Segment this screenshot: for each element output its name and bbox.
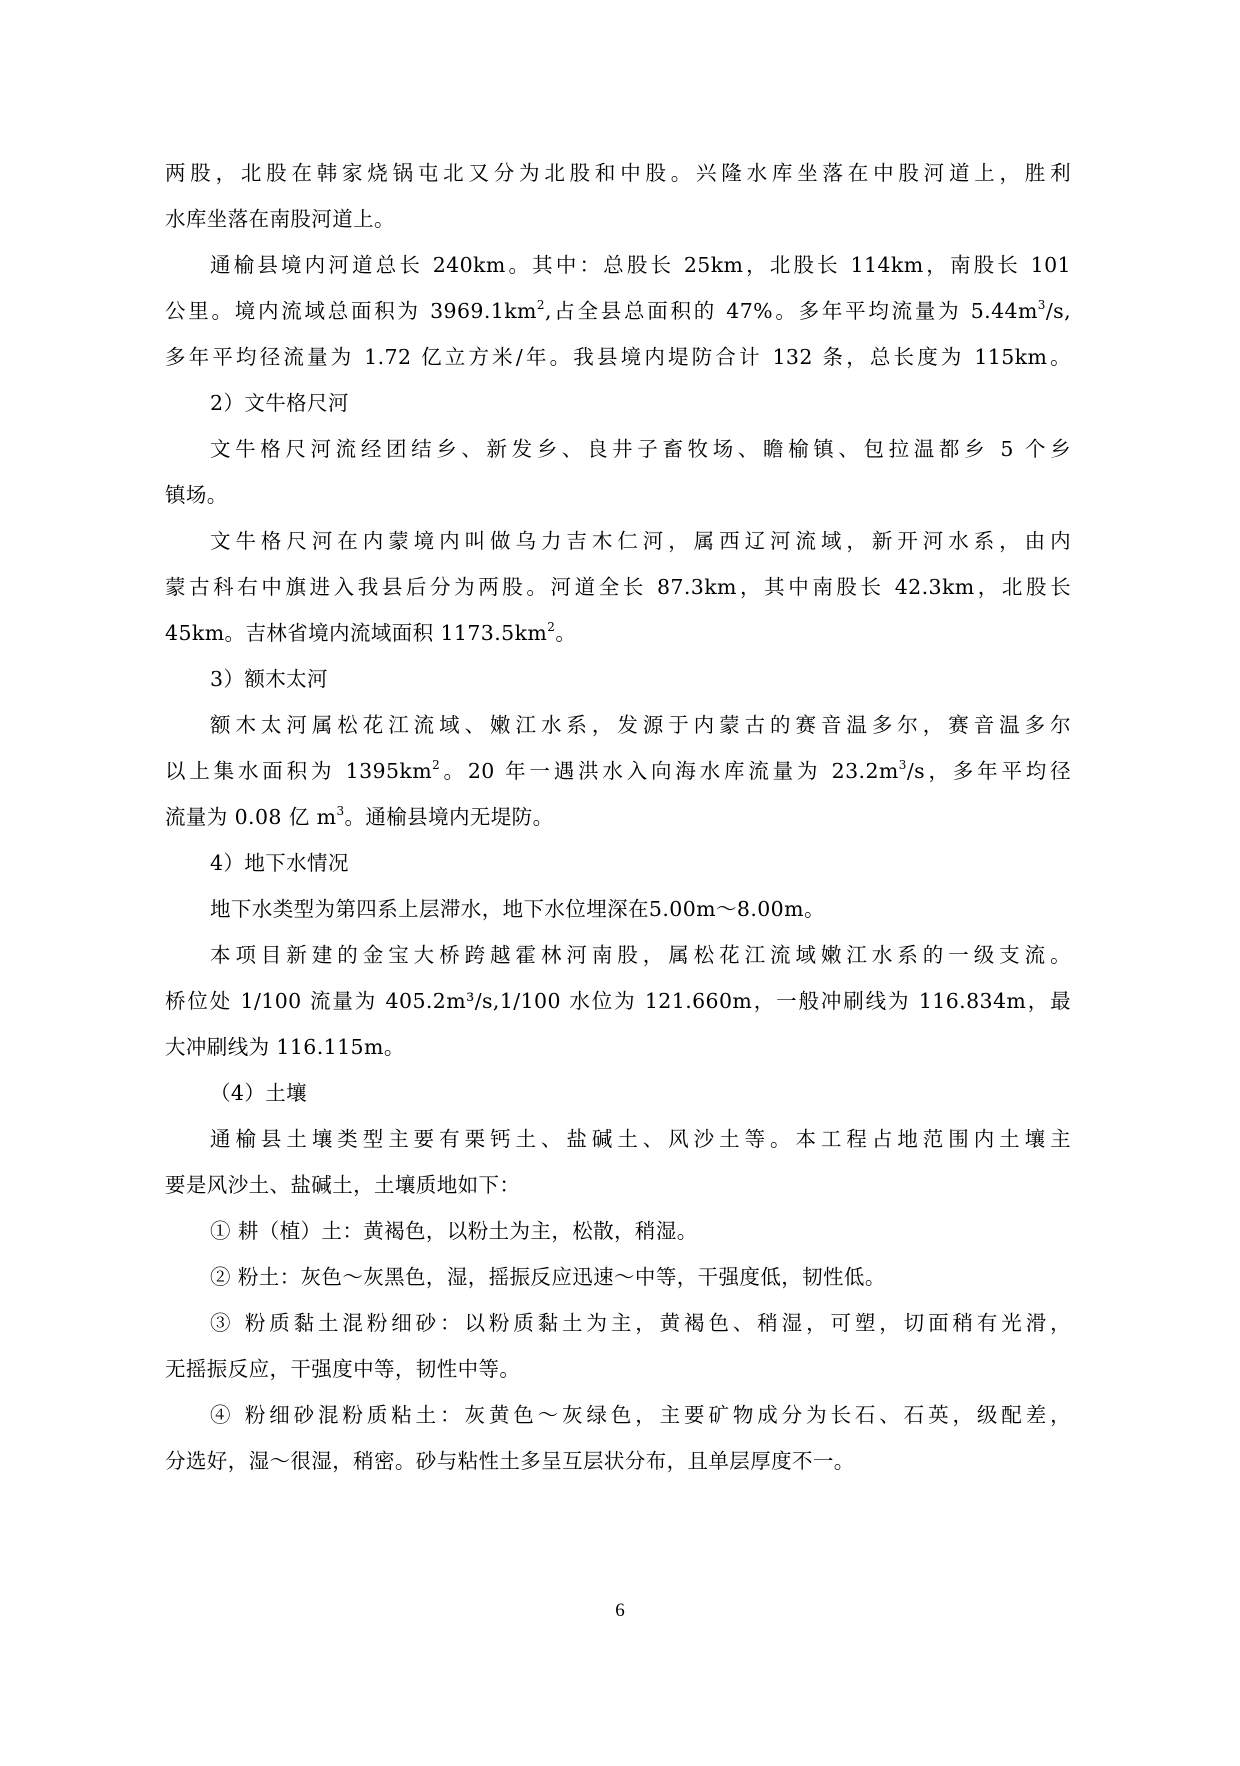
list-item: ④ 粉细砂混粉质粘土：灰黄色～灰绿色，主要矿物成分为长石、石英，级配差， — [165, 1392, 1071, 1438]
list-item: ② 粉土：灰色～灰黑色，湿，摇振反应迅速～中等，干强度低，韧性低。 — [165, 1254, 886, 1300]
paragraph-line: 本项目新建的金宝大桥跨越霍林河南股，属松花江流域嫩江水系的一级支流。 — [165, 932, 1071, 978]
section-heading: 4）地下水情况 — [165, 840, 349, 886]
paragraph-line: 大冲刷线为 116.115m。 — [165, 1024, 405, 1070]
paragraph-line: 水库坐落在南股河道上。 — [165, 196, 395, 242]
paragraph-line: 两股，北股在韩家烧锅屯北又分为北股和中股。兴隆水库坐落在中股河道上，胜利 — [165, 150, 1071, 196]
section-heading: 2）文牛格尺河 — [165, 380, 349, 426]
page-number: 6 — [0, 1600, 1240, 1622]
section-heading: （4）土壤 — [165, 1070, 307, 1116]
paragraph-line: 地下水类型为第四系上层滞水，地下水位埋深在5.00m～8.00m。 — [165, 886, 825, 932]
section-heading: 3）额木太河 — [165, 656, 328, 702]
list-item: ① 耕（植）土：黄褐色，以粉土为主，松散，稍湿。 — [165, 1208, 698, 1254]
paragraph-line: 通榆县土壤类型主要有栗钙土、盐碱土、风沙土等。本工程占地范围内土壤主 — [165, 1116, 1071, 1162]
paragraph-line: 文牛格尺河流经团结乡、新发乡、良井子畜牧场、瞻榆镇、包拉温都乡 5 个乡 — [165, 426, 1071, 472]
paragraph-line: 以上集水面积为 1395km2。20 年一遇洪水入向海水库流量为 23.2m3/… — [165, 748, 1071, 794]
list-item-continuation: 无摇振反应，干强度中等，韧性中等。 — [165, 1346, 520, 1392]
paragraph-line: 文牛格尺河在内蒙境内叫做乌力吉木仁河，属西辽河流域，新开河水系，由内 — [165, 518, 1071, 564]
list-item-continuation: 分选好，湿～很湿，稍密。砂与粘性土多呈互层状分布，且单层厚度不一。 — [165, 1438, 855, 1484]
paragraph-line: 桥位处 1/100 流量为 405.2m³/s,1/100 水位为 121.66… — [165, 978, 1071, 1024]
paragraph-line: 45km。吉林省境内流域面积 1173.5km2。 — [165, 610, 576, 656]
paragraph-line: 要是风沙土、盐碱土，土壤质地如下： — [165, 1162, 520, 1208]
list-item: ③ 粉质黏土混粉细砂：以粉质黏土为主，黄褐色、稍湿，可塑，切面稍有光滑， — [165, 1300, 1071, 1346]
paragraph-line: 镇场。 — [165, 472, 228, 518]
paragraph-line: 流量为 0.08 亿 m3。通榆县境内无堤防。 — [165, 794, 553, 840]
paragraph-line: 额木太河属松花江流域、嫩江水系，发源于内蒙古的赛音温多尔，赛音温多尔 — [165, 702, 1071, 748]
paragraph-line: 蒙古科右中旗进入我县后分为两股。河道全长 87.3km，其中南股长 42.3km… — [165, 564, 1071, 610]
paragraph-line: 公里。境内流域总面积为 3969.1km2,占全县总面积的 47%。多年平均流量… — [165, 288, 1071, 334]
paragraph-line: 通榆县境内河道总长 240km。其中：总股长 25km，北股长 114km，南股… — [165, 242, 1071, 288]
paragraph-line: 多年平均径流量为 1.72 亿立方米/年。我县境内堤防合计 132 条，总长度为… — [165, 334, 1071, 380]
